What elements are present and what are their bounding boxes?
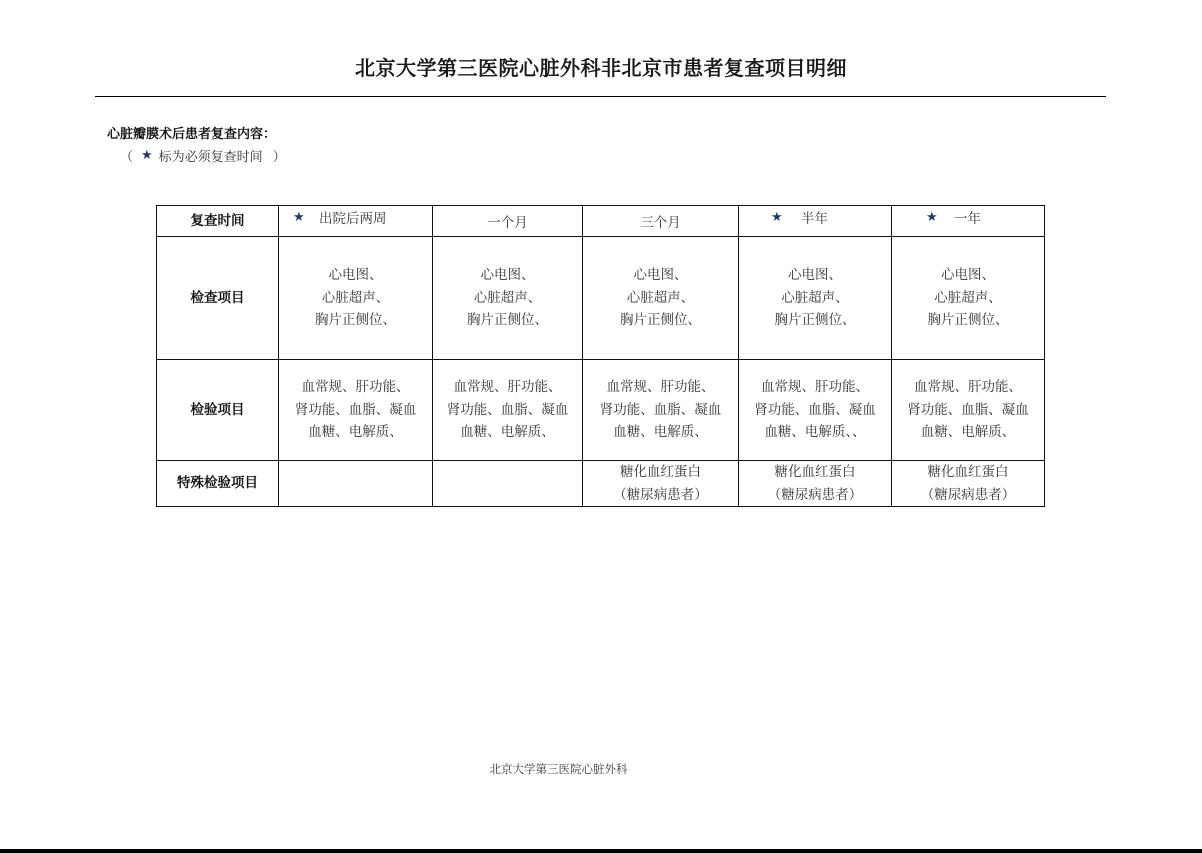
lab-cell: 血常规、肝功能、 肾功能、血脂、凝血 血糖、电解质、	[892, 360, 1045, 461]
star-icon: ★	[771, 211, 783, 224]
exam-cell: 心电图、 心脏超声、 胸片正侧位、	[279, 237, 433, 360]
section-heading: 心脏瓣膜术后患者复查内容：	[107, 123, 276, 142]
row-header-exam: 检查项目	[157, 237, 279, 360]
header-one-year: ★ 一年	[892, 206, 1045, 237]
lab-cell: 血常规、肝功能、 肾功能、血脂、凝血 血糖、电解质、	[583, 360, 739, 461]
lab-cell: 血常规、肝功能、 肾功能、血脂、凝血 血糖、电解质、、	[739, 360, 892, 461]
lab-cell: 血常规、肝功能、 肾功能、血脂、凝血 血糖、电解质、	[279, 360, 433, 461]
special-cell-empty	[433, 461, 583, 507]
legend-open-paren: （	[120, 146, 133, 165]
required-legend: （ ★ 标为必须复查时间 ）	[120, 146, 286, 165]
row-header-special: 特殊检验项目	[157, 461, 279, 507]
star-icon: ★	[926, 211, 938, 224]
lab-cell: 血常规、肝功能、 肾功能、血脂、凝血 血糖、电解质、	[433, 360, 583, 461]
star-icon: ★	[141, 149, 153, 162]
page-footer: 北京大学第三医院心脏外科	[0, 761, 1117, 777]
page-bottom-edge	[0, 849, 1202, 853]
document-title: 北京大学第三医院心脏外科非北京市患者复查项目明细	[0, 52, 1202, 81]
special-cell: 糖化血红蛋白 （糖尿病患者）	[583, 461, 739, 507]
header-two-weeks: ★ 出院后两周	[279, 206, 433, 237]
exam-cell: 心电图、 心脏超声、 胸片正侧位、	[433, 237, 583, 360]
table-row-lab: 检验项目 血常规、肝功能、 肾功能、血脂、凝血 血糖、电解质、 血常规、肝功能、…	[157, 360, 1045, 461]
header-one-month: 一个月	[433, 206, 583, 237]
exam-cell: 心电图、 心脏超声、 胸片正侧位、	[583, 237, 739, 360]
header-rule	[95, 96, 1106, 97]
exam-cell: 心电图、 心脏超声、 胸片正侧位、	[739, 237, 892, 360]
table-row-time: 复查时间 ★ 出院后两周 一个月 三个月 ★ 半年 ★ 一年	[157, 206, 1045, 237]
legend-text: 标为必须复查时间	[159, 146, 263, 165]
row-header-time: 复查时间	[157, 206, 279, 237]
header-three-months: 三个月	[583, 206, 739, 237]
star-icon: ★	[293, 211, 305, 224]
header-half-year: ★ 半年	[739, 206, 892, 237]
followup-schedule-table: 复查时间 ★ 出院后两周 一个月 三个月 ★ 半年 ★ 一年 检查项目 心电图、…	[156, 205, 1045, 507]
row-header-lab: 检验项目	[157, 360, 279, 461]
table-row-exam: 检查项目 心电图、 心脏超声、 胸片正侧位、 心电图、 心脏超声、 胸片正侧位、…	[157, 237, 1045, 360]
special-cell: 糖化血红蛋白 （糖尿病患者）	[739, 461, 892, 507]
special-cell-empty	[279, 461, 433, 507]
exam-cell: 心电图、 心脏超声、 胸片正侧位、	[892, 237, 1045, 360]
table-row-special: 特殊检验项目 糖化血红蛋白 （糖尿病患者） 糖化血红蛋白 （糖尿病患者） 糖化血…	[157, 461, 1045, 507]
legend-close-paren: ）	[273, 146, 286, 165]
special-cell: 糖化血红蛋白 （糖尿病患者）	[892, 461, 1045, 507]
